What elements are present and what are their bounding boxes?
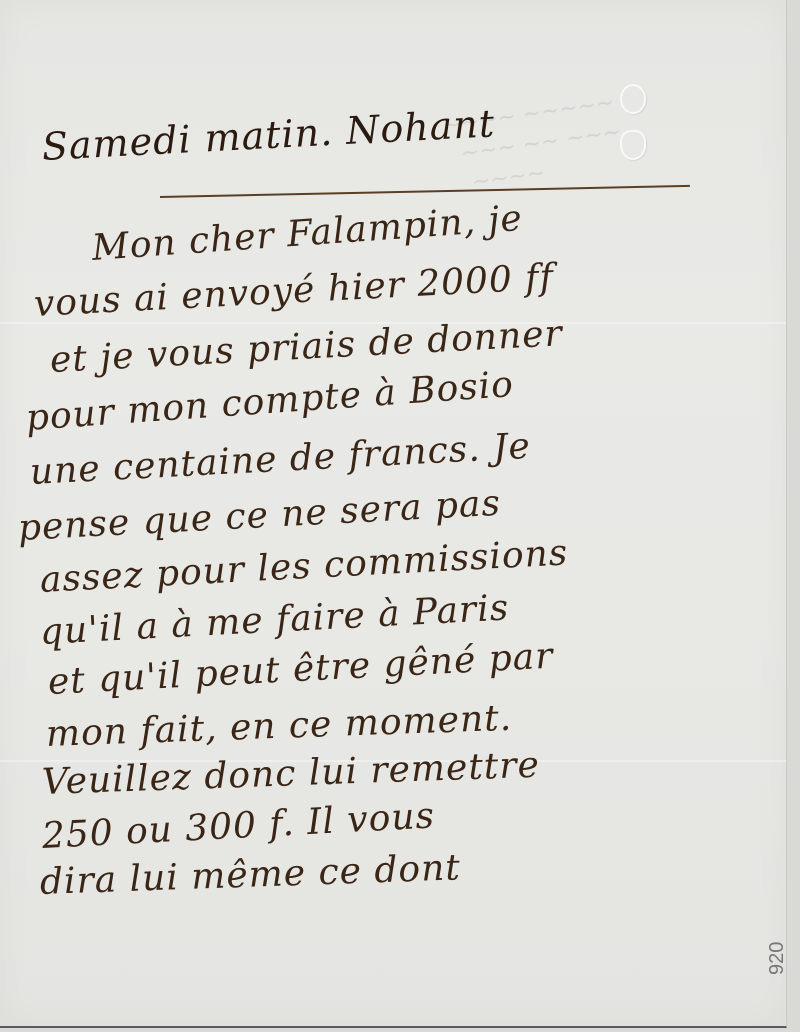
letter-page: ~~~~ ~~~~~ ~~~ ~~ ~~~ ~~~~ Samedi matin.… (0, 0, 787, 1028)
letter-line: Mon cher Falampin, je (91, 198, 524, 269)
letter-line: mon fait, en ce moment. (45, 698, 512, 755)
letter-line: Veuillez donc lui remettre (41, 745, 540, 803)
letter-heading: Samedi matin. Nohant (41, 101, 496, 169)
letter-line: 250 ou 300 f. Il vous (41, 795, 436, 857)
letter-line: une centaine de francs. Je (29, 426, 532, 493)
archive-number: 920 (766, 942, 789, 975)
letter-line: dira lui même ce dont (39, 847, 461, 903)
embossed-monogram-icon (618, 84, 646, 164)
